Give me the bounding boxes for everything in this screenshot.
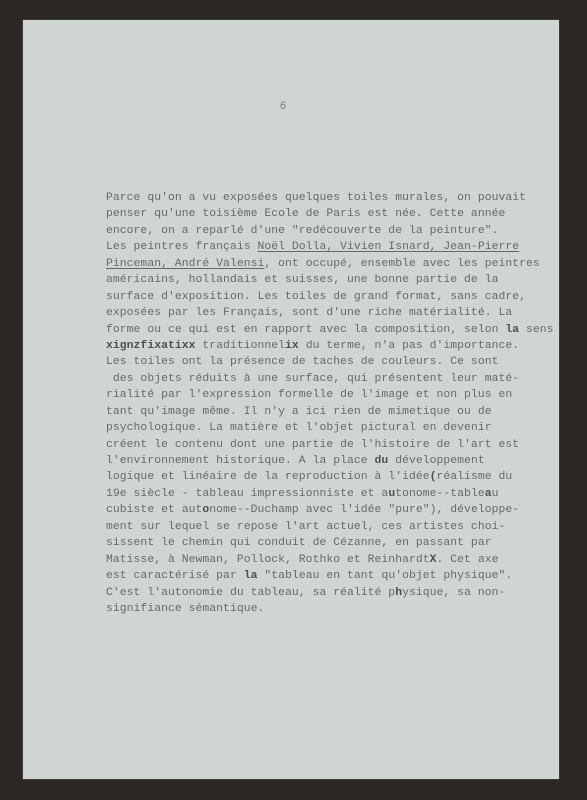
text-line: xignzfixatixx traditionnelix du terme, n… [106,338,546,354]
overtyped-correction: la [505,324,519,336]
overtyped-correction: la [244,570,258,582]
text-segment: signifiance sémantique. [106,603,264,615]
text-segment: est caractérisé par [106,570,244,582]
text-segment: du terme, n'a pas d'importance. [299,340,519,352]
overtyped-correction: ( [430,471,437,483]
underlined-names: Pinceman, André Valensi [106,258,264,270]
text-segment: cubiste et aut [106,504,202,516]
text-segment: créent le contenu dont une partie de l'h… [106,439,519,451]
text-segment: penser qu'une toisième Ecole de Paris es… [106,208,505,220]
text-line: l'environnement historique. A la place d… [106,453,546,469]
underlined-names: Noël Dolla, Vivien Isnard, Jean-Pierre [257,241,519,253]
text-line: 19e siècle - tableau impressionniste et … [106,486,546,502]
text-segment: psychologique. La matière et l'objet pic… [106,422,492,434]
struck-out-text: xignzfixatixx [106,340,196,352]
text-segment: Parce qu'on a vu exposées quelques toile… [106,192,526,204]
typewritten-paragraph: Parce qu'on a vu exposées quelques toile… [106,190,546,617]
text-line: exposées par les Français, sont d'une ri… [106,305,546,321]
text-segment: traditionnel [196,340,286,352]
text-line: Les toiles ont la présence de taches de … [106,354,546,370]
text-segment: sissent le chemin qui conduit de Cézanne… [106,537,492,549]
text-segment: encore, on a reparlé d'une "redécouverte… [106,225,498,237]
text-line: psychologique. La matière et l'objet pic… [106,420,546,436]
text-segment: , ont occupé, ensemble avec les peintres [264,258,539,270]
text-segment: logique et linéaire de la reproduction à… [106,471,430,483]
text-line: Les peintres français Noël Dolla, Vivien… [106,239,546,255]
text-segment: rialité par l'expression formelle de l'i… [106,389,512,401]
text-line: surface d'exposition. Les toiles de gran… [106,289,546,305]
text-segment: ysique, sa non- [402,587,505,599]
text-line: Matisse, à Newman, Pollock, Rothko et Re… [106,552,546,568]
text-segment: développement [388,455,484,467]
text-segment: 19e siècle - tableau impressionniste et … [106,488,388,500]
text-line: encore, on a reparlé d'une "redécouverte… [106,223,546,239]
text-segment: Les peintres français [106,241,257,253]
text-segment: surface d'exposition. Les toiles de gran… [106,291,526,303]
text-segment: sens [519,324,553,336]
text-line: rialité par l'expression formelle de l'i… [106,387,546,403]
text-line: penser qu'une toisième Ecole de Paris es… [106,206,546,222]
text-segment: "tableau en tant qu'objet physique". [258,570,513,582]
text-segment: exposées par les Français, sont d'une ri… [106,307,512,319]
struck-out-text: X [430,554,437,566]
text-line: américains, hollandais et suisses, une b… [106,272,546,288]
text-segment: réalisme du [437,471,513,483]
text-segment: . Cet axe [437,554,499,566]
text-segment: Matisse, à Newman, Pollock, Rothko et Re… [106,554,430,566]
overtyped-correction: du [375,455,389,467]
text-line: forme ou ce qui est en rapport avec la c… [106,322,546,338]
text-line: C'est l'autonomie du tableau, sa réalité… [106,585,546,601]
text-segment: nome--Duchamp avec l'idée "pure"), dével… [209,504,519,516]
text-segment: l'environnement historique. A la place [106,455,375,467]
text-segment: forme ou ce qui est en rapport avec la c… [106,324,505,336]
page-number: 6 [15,101,551,113]
text-segment: des objets réduits à une surface, qui pr… [106,373,519,385]
text-line: tant qu'image même. Il n'y a ici rien de… [106,404,546,420]
text-segment: Les toiles ont la présence de taches de … [106,356,498,368]
text-line: logique et linéaire de la reproduction à… [106,469,546,485]
text-segment: tonome--table [395,488,485,500]
text-line: est caractérisé par la "tableau en tant … [106,568,546,584]
text-line: créent le contenu dont une partie de l'h… [106,437,546,453]
text-line: signifiance sémantique. [106,601,546,617]
struck-out-text: ix [285,340,299,352]
text-line: des objets réduits à une surface, qui pr… [106,371,546,387]
text-segment: u [492,488,499,500]
text-line: cubiste et autonome--Duchamp avec l'idée… [106,502,546,518]
document-page: 6 Parce qu'on a vu exposées quelques toi… [23,20,559,779]
text-line: ment sur lequel se repose l'art actuel, … [106,519,546,535]
text-segment: ment sur lequel se repose l'art actuel, … [106,521,505,533]
overtyped-correction: a [485,488,492,500]
text-line: sissent le chemin qui conduit de Cézanne… [106,535,546,551]
text-segment: tant qu'image même. Il n'y a ici rien de… [106,406,492,418]
text-segment: C'est l'autonomie du tableau, sa réalité… [106,587,395,599]
text-segment: américains, hollandais et suisses, une b… [106,274,498,286]
text-line: Pinceman, André Valensi, ont occupé, ens… [106,256,546,272]
text-line: Parce qu'on a vu exposées quelques toile… [106,190,546,206]
